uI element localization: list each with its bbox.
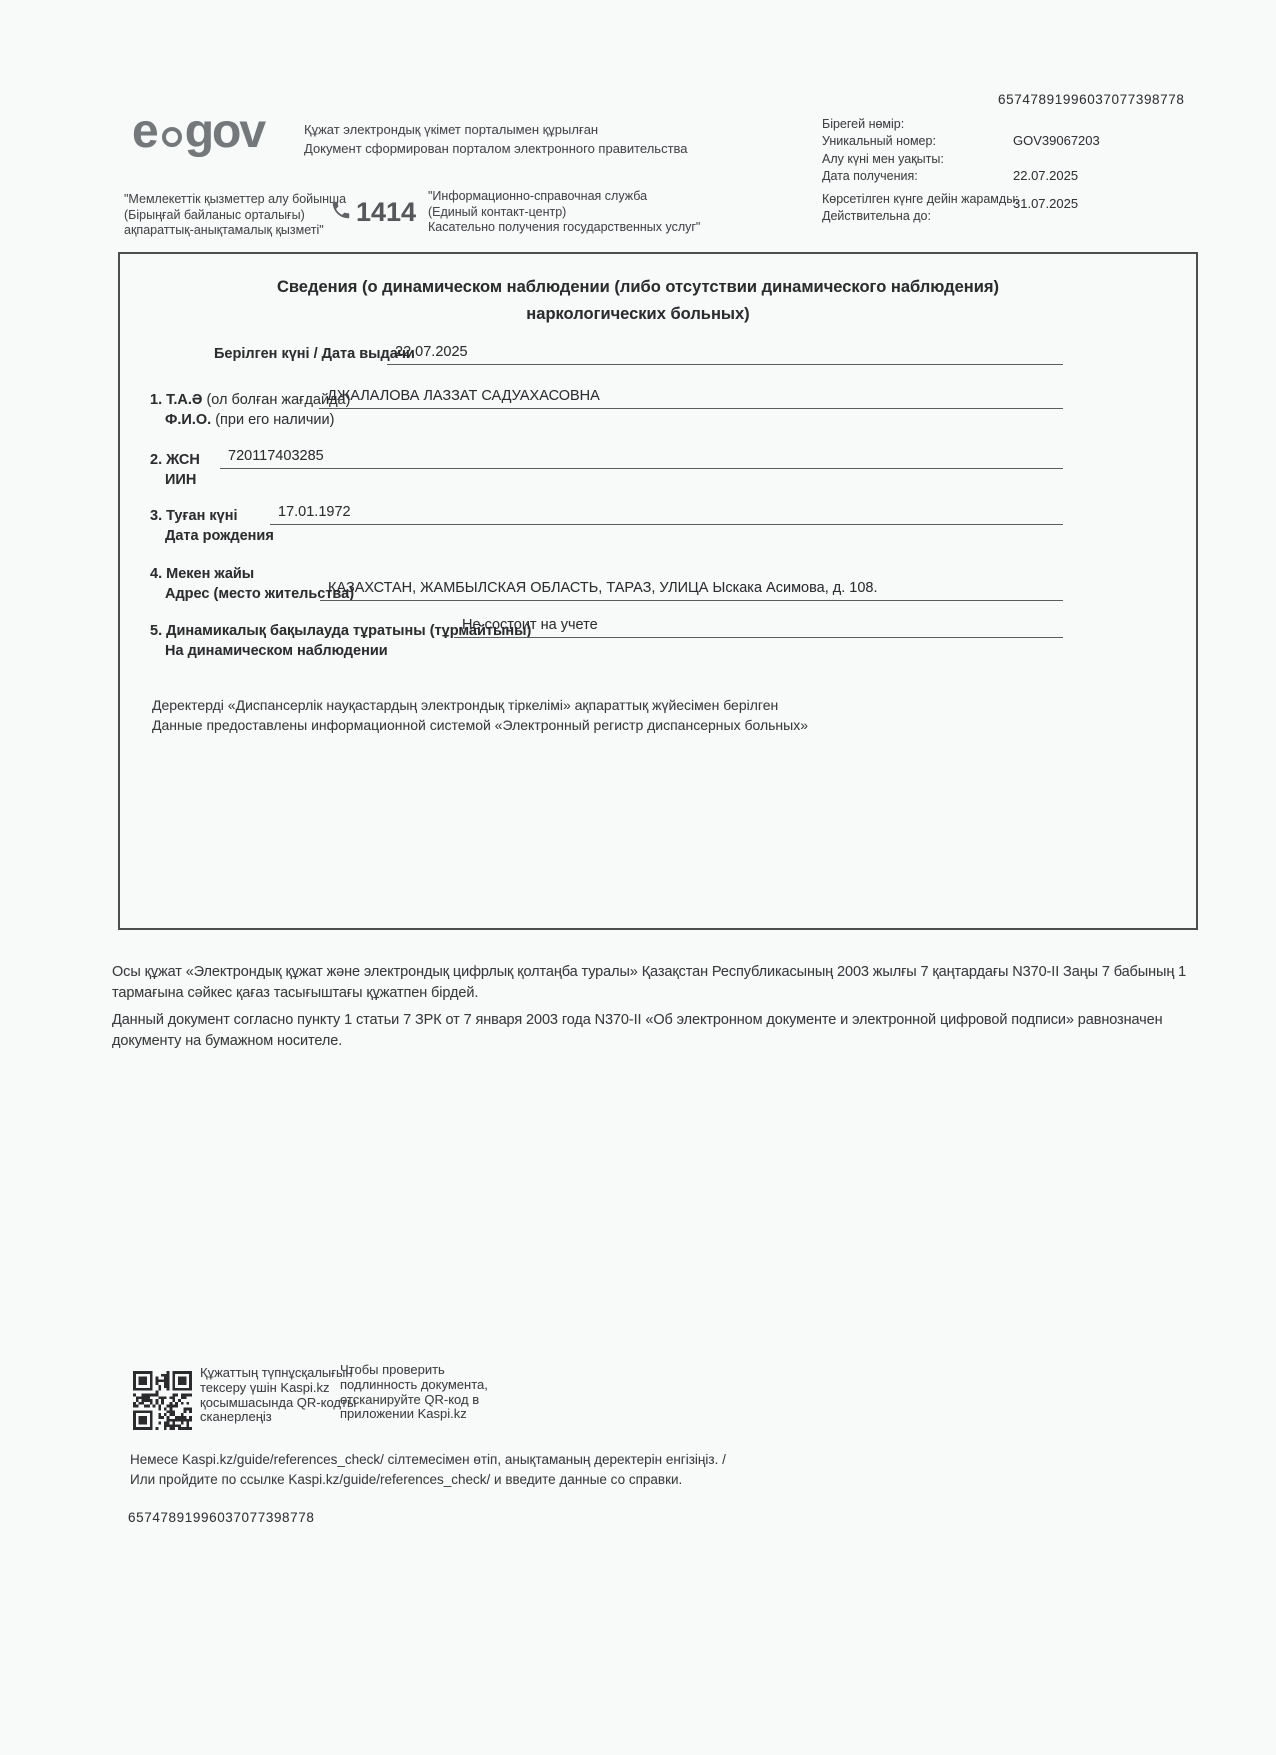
legal-paragraph-kk: Осы құжат «Электрондық құжат және электр… bbox=[112, 962, 1190, 1003]
field-birthdate-value: 17.01.1972 bbox=[270, 504, 1063, 525]
birthdate-label-ru: Дата рождения bbox=[165, 528, 274, 544]
data-source-note-ru: Данные предоставлены информационной сист… bbox=[152, 715, 808, 735]
egov-logo-ring-icon bbox=[162, 127, 182, 147]
egov-logo-e: e bbox=[132, 105, 157, 158]
contact-center-ru: "Информационно-справочная служба (Единый… bbox=[428, 189, 700, 236]
qr-code bbox=[133, 1371, 192, 1430]
observation-label-ru: На динамическом наблюдении bbox=[165, 643, 388, 659]
fio-label-ru: Ф.И.О. bbox=[165, 412, 211, 428]
field-iin-value: 720117403285 bbox=[220, 448, 1063, 469]
verify-link-ru: Или пройдите по ссылке Kaspi.kz/guide/re… bbox=[130, 1470, 726, 1490]
iin-label-kk: 2. ЖСН bbox=[150, 452, 200, 468]
iin-label-ru: ИИН bbox=[165, 472, 196, 488]
egov-certificate-page: 65747891996037077398778 egov Құжат элект… bbox=[0, 0, 1276, 1755]
data-source-note-kk: Деректерді «Диспансерлік науқастардың эл… bbox=[152, 695, 808, 715]
portal-note: Құжат электрондық үкімет порталымен құры… bbox=[304, 120, 688, 158]
field-fio-value: ДЖАЛАЛОВА ЛАЗЗАТ САДУАХАСОВНА bbox=[319, 388, 1063, 409]
valid-until-label-kk: Көрсетілген күнге дейін жарамды: bbox=[822, 192, 1019, 206]
field-iin-label: 2. ЖСН ИИН bbox=[150, 450, 200, 490]
receive-date-label-ru: Дата получения: bbox=[822, 169, 918, 183]
field-address-value: КАЗАХСТАН, ЖАМБЫЛСКАЯ ОБЛАСТЬ, ТАРАЗ, УЛ… bbox=[320, 580, 1063, 601]
fio-note-ru: (при его наличии) bbox=[215, 412, 334, 428]
certificate-title-line2: наркологических больных) bbox=[150, 301, 1126, 328]
qr-hint-kk: Құжаттың түпнұсқалығын тексеру үшін Kasp… bbox=[200, 1366, 356, 1425]
certificate-title-line1: Сведения (о динамическом наблюдении (либ… bbox=[150, 274, 1126, 301]
certificate-title: Сведения (о динамическом наблюдении (либ… bbox=[120, 274, 1196, 328]
contact-phone: 1414 bbox=[330, 197, 416, 228]
certificate-box: Сведения (о динамическом наблюдении (либ… bbox=[118, 252, 1198, 930]
phone-icon bbox=[330, 197, 352, 228]
verify-link-kk: Немесе Kaspi.kz/guide/references_check/ … bbox=[130, 1450, 726, 1470]
document-number-top: 65747891996037077398778 bbox=[998, 92, 1185, 107]
issue-date-label: Берілген күні / Дата выдачи bbox=[214, 346, 415, 362]
valid-until-value: 31.07.2025 bbox=[1013, 196, 1078, 211]
egov-logo-gov: gov bbox=[185, 105, 264, 158]
verify-links: Немесе Kaspi.kz/guide/references_check/ … bbox=[130, 1450, 726, 1489]
address-label-kk: 4. Мекен жайы bbox=[150, 566, 254, 582]
document-number-bottom: 65747891996037077398778 bbox=[128, 1510, 315, 1525]
phone-number: 1414 bbox=[356, 197, 416, 228]
data-source-note: Деректерді «Диспансерлік науқастардың эл… bbox=[152, 695, 808, 735]
qr-hint-ru: Чтобы проверить подлинность документа, о… bbox=[340, 1363, 488, 1422]
egov-logo: egov bbox=[132, 106, 264, 158]
issue-date-value: 22.07.2025 bbox=[387, 344, 1063, 365]
receive-date-value: 22.07.2025 bbox=[1013, 168, 1078, 183]
portal-note-ru: Документ сформирован порталом электронно… bbox=[304, 139, 688, 158]
contact-center-kk: "Мемлекеттік қызметтер алу бойынша (Біры… bbox=[124, 192, 346, 239]
field-observation-value: Не состоит на учете bbox=[454, 617, 1063, 638]
birthdate-label-kk: 3. Туған күні bbox=[150, 508, 238, 524]
fio-label-kk: 1. Т.А.Ә bbox=[150, 392, 202, 408]
portal-note-kk: Құжат электрондық үкімет порталымен құры… bbox=[304, 120, 688, 139]
field-birthdate-label: 3. Туған күні Дата рождения bbox=[150, 506, 274, 546]
legal-paragraph-ru: Данный документ согласно пункту 1 статьи… bbox=[112, 1010, 1190, 1051]
unique-number-value: GOV39067203 bbox=[1013, 133, 1100, 148]
valid-until-label-ru: Действительна до: bbox=[822, 209, 931, 223]
unique-number-label-ru: Уникальный номер: bbox=[822, 134, 936, 148]
unique-number-label-kk: Бірегей нөмір: bbox=[822, 117, 904, 131]
receive-date-label-kk: Алу күні мен уақыты: bbox=[822, 152, 944, 166]
